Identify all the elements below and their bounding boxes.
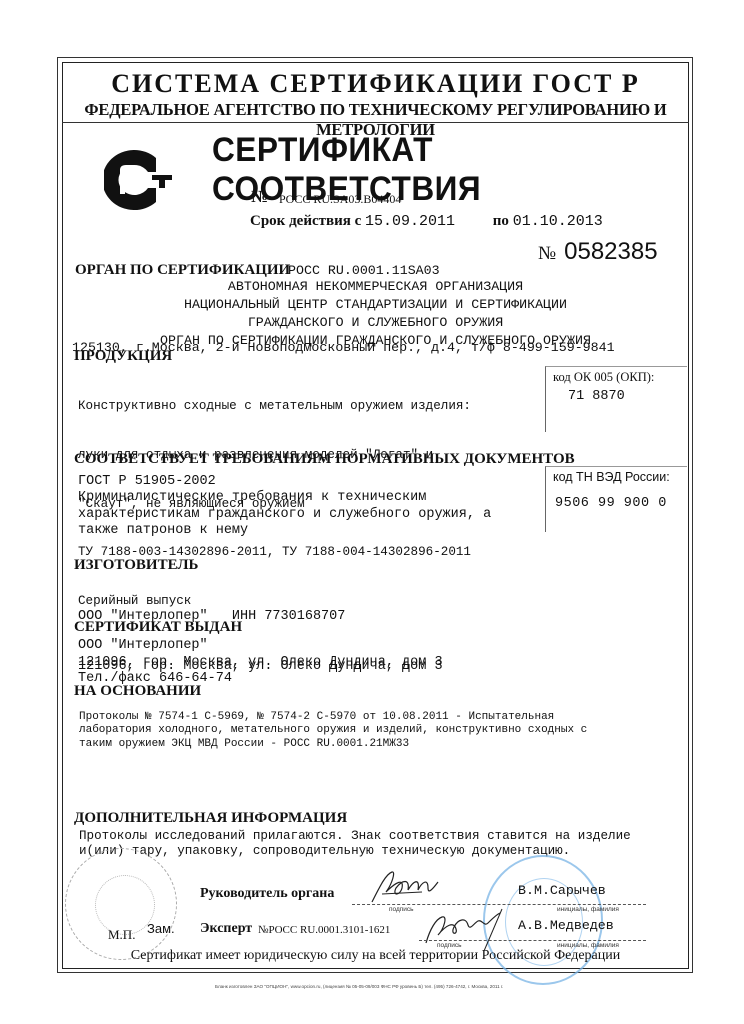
basis-details: Протоколы № 7574-1 С-5969, № 7574-2 С-59… bbox=[79, 711, 587, 751]
issued-to-line: 121096, гор. Москва, ул. Олеко Дундича, … bbox=[78, 655, 443, 672]
certification-body-code: POCC RU.0001.11SA03 bbox=[288, 263, 440, 278]
number-label: № bbox=[251, 187, 268, 207]
legal-note: Сертификат имеет юридическую силу на все… bbox=[62, 948, 689, 964]
printer-note: Бланк изготовлен ЗАО "ОПЦИОН", www.opcio… bbox=[215, 984, 503, 989]
normative-line: характеристикам гражданского и служебног… bbox=[78, 507, 491, 523]
additional-line: Протоколы исследований прилагаются. Знак… bbox=[79, 829, 631, 844]
to-label: по bbox=[493, 213, 509, 229]
basis-line: Протоколы № 7574-1 С-5969, № 7574-2 С-59… bbox=[79, 711, 587, 724]
basis-line: таким оружием ЭКЦ МВД России - POCC RU.0… bbox=[79, 738, 587, 751]
deputy-label: Зам. bbox=[147, 921, 175, 936]
basis-line: лаборатория холодного, метательного оруж… bbox=[79, 724, 587, 737]
org-line: АВТОНОМНАЯ НЕКОММЕРЧЕСКАЯ ОРГАНИЗАЦИЯ bbox=[62, 278, 689, 296]
seal-inner-ring-icon bbox=[95, 875, 155, 935]
validity-period: Срок действия с 15.09.2011 по 01.10.2013 bbox=[250, 213, 603, 230]
system-title: СИСТЕМА СЕРТИФИКАЦИИ ГОСТ Р bbox=[62, 69, 689, 99]
registration-number: POCC RU.SA03.B04404 bbox=[279, 192, 401, 207]
product-heading: ПРОДУКЦИЯ bbox=[74, 348, 172, 365]
name-caption: инициалы, фамилия bbox=[557, 906, 619, 913]
manufacturer-heading: ИЗГОТОВИТЕЛЬ bbox=[74, 557, 198, 574]
stamp-place-label: М.П. bbox=[108, 927, 135, 943]
okp-code-value: 71 8870 bbox=[546, 385, 687, 404]
tnved-code-label: код ТН ВЭД России: bbox=[546, 467, 687, 484]
conformity-heading: СООТВЕТСТВУЕТ ТРЕБОВАНИЯМ НОРМАТИВНЫХ ДО… bbox=[74, 451, 575, 468]
from-label: с bbox=[355, 213, 362, 229]
product-line: Конструктивно сходные с метательным оруж… bbox=[78, 398, 471, 414]
head-signature-icon bbox=[362, 868, 457, 906]
normative-documents: ГОСТ Р 51905-2002 Криминалистические тре… bbox=[78, 474, 491, 540]
expert-signature-line bbox=[419, 940, 646, 941]
expert-signature-icon bbox=[420, 905, 515, 953]
signature-caption: подпись bbox=[389, 906, 414, 913]
certification-body-heading: ОРГАН ПО СЕРТИФИКАЦИИ bbox=[75, 262, 290, 279]
additional-info-heading: ДОПОЛНИТЕЛЬНАЯ ИНФОРМАЦИЯ bbox=[74, 810, 347, 827]
okp-code-box: код ОК 005 (ОКП): 71 8870 bbox=[545, 366, 687, 432]
expert-name: А.В.Медведев bbox=[518, 918, 614, 933]
valid-from-date: 15.09.2011 bbox=[365, 213, 455, 230]
blank-number-label: № bbox=[538, 243, 556, 264]
tnved-code-box: код ТН ВЭД России: 9506 99 900 0 bbox=[545, 466, 687, 532]
head-name: В.М.Сарычев bbox=[518, 883, 606, 898]
okp-code-label: код ОК 005 (ОКП): bbox=[546, 367, 687, 385]
normative-line: также патронов к нему bbox=[78, 523, 491, 539]
head-signature-line bbox=[352, 904, 646, 905]
normative-line: ГОСТ Р 51905-2002 bbox=[78, 474, 491, 490]
valid-to-date: 01.10.2013 bbox=[513, 213, 603, 230]
blank-number: №0582385 bbox=[538, 238, 658, 266]
blank-number-value: 0582385 bbox=[564, 238, 657, 265]
issued-to-details: ООО "Интерлопер" 121096, гор. Москва, ул… bbox=[78, 638, 443, 688]
rst-gost-mark-icon bbox=[104, 148, 174, 212]
expert-label: Эксперт bbox=[200, 921, 252, 937]
validity-label: Срок действия bbox=[250, 213, 351, 229]
tnved-code-value: 9506 99 900 0 bbox=[546, 484, 687, 511]
org-line: ГРАЖДАНСКОГО И СЛУЖЕБНОГО ОРУЖИЯ bbox=[62, 314, 689, 332]
normative-line: Криминалистические требования к техничес… bbox=[78, 490, 491, 506]
issued-to-line: ООО "Интерлопер" bbox=[78, 638, 443, 655]
basis-heading: НА ОСНОВАНИИ bbox=[74, 683, 201, 700]
org-line: НАЦИОНАЛЬНЫЙ ЦЕНТР СТАНДАРТИЗАЦИИ И СЕРТ… bbox=[62, 296, 689, 314]
expert-number: №POCC RU.0001.3101-1621 bbox=[258, 924, 390, 936]
issued-to-heading: СЕРТИФИКАТ ВЫДАН bbox=[74, 619, 242, 636]
head-of-body-label: Руководитель органа bbox=[200, 886, 334, 902]
